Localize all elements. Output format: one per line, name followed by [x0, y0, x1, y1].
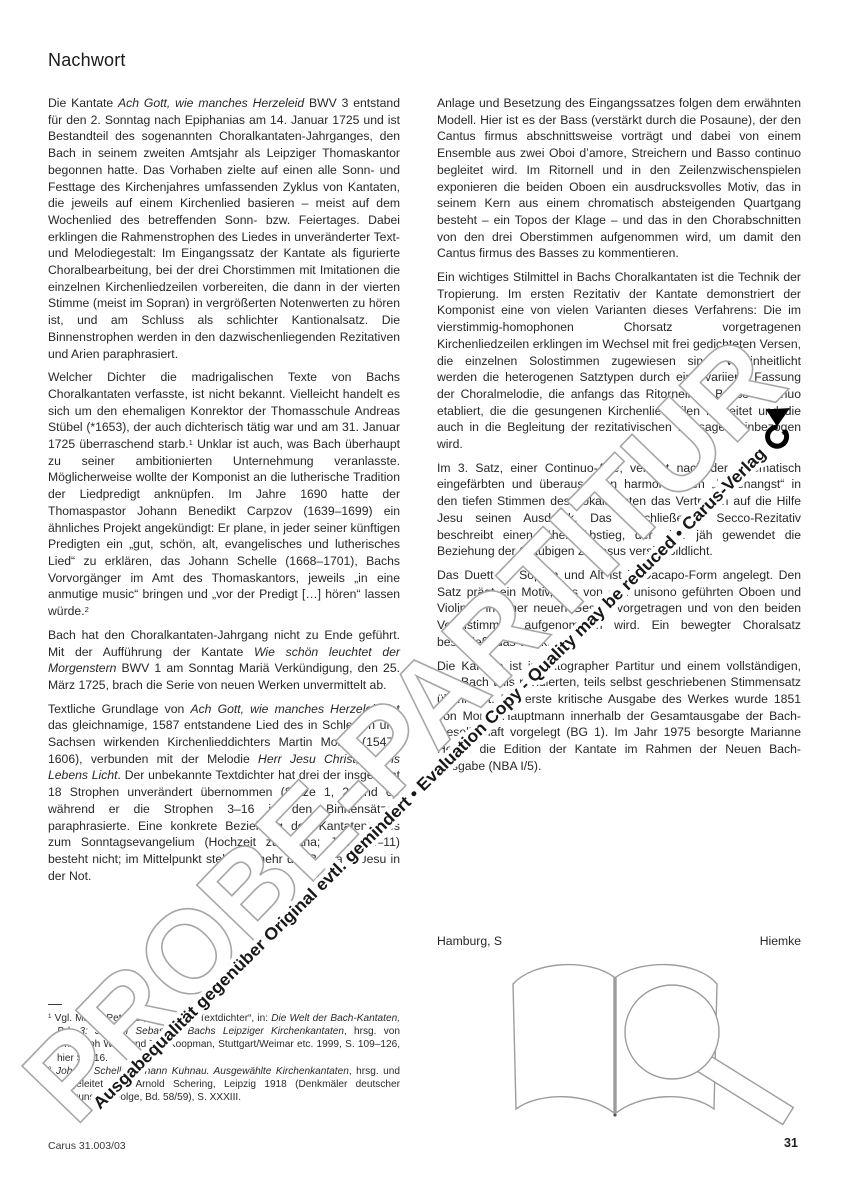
signature-line: Hamburg, S Hiemke [437, 934, 801, 948]
footnotes-block: 1 Vgl. Martin Petzoldt, „Texte und Textd… [48, 1004, 400, 1104]
footnote: 1 Vgl. Martin Petzoldt, „Texte und Textd… [48, 1012, 400, 1065]
paragraph: Anlage und Besetzung des Eingangssatzes … [437, 95, 801, 262]
paragraph: Die Kantate ist in autographer Partitur … [437, 658, 801, 775]
text-column-right: Anlage und Besetzung des Eingangssatzes … [437, 95, 801, 781]
magnifier-handle [698, 1055, 794, 1125]
document-page: Nachwort Die Kantate Ach Gott, wie manch… [0, 0, 845, 1200]
paragraph: Bach hat den Choralkantaten-Jahrgang nic… [48, 627, 400, 694]
text-column-left: Die Kantate Ach Gott, wie manches Herzel… [48, 95, 400, 891]
paragraph: Ein wichtiges Stilmittel in Bachs Choral… [437, 269, 801, 453]
book-right-page [616, 965, 717, 1113]
paragraph: Textliche Grundlage von Ach Gott, wie ma… [48, 701, 400, 885]
catalog-number: Carus 31.003/03 [48, 1140, 126, 1152]
magnifier-lens [625, 985, 719, 1079]
paragraph: Welcher Dichter die madrigalischen Texte… [48, 369, 400, 620]
signature-name: Hiemke [760, 934, 801, 948]
book-left-page [513, 965, 614, 1113]
footnote-separator [48, 1004, 62, 1005]
paragraph: Das Duett für Sopran und Alt ist in Daca… [437, 567, 801, 651]
footnote: 2 Johann Schelle, Johann Kuhnau. Ausgewä… [48, 1065, 400, 1105]
book-spine-tip [613, 1113, 616, 1116]
book-magnifier-graphic [513, 965, 793, 1125]
page-number: 31 [784, 1136, 798, 1150]
paragraph: Die Kantate Ach Gott, wie manches Herzel… [48, 95, 400, 362]
paragraph: Im 3. Satz, einer Continuo-Arie, verleih… [437, 460, 801, 560]
signature-place: Hamburg, S [437, 934, 502, 948]
page-title: Nachwort [48, 50, 126, 71]
